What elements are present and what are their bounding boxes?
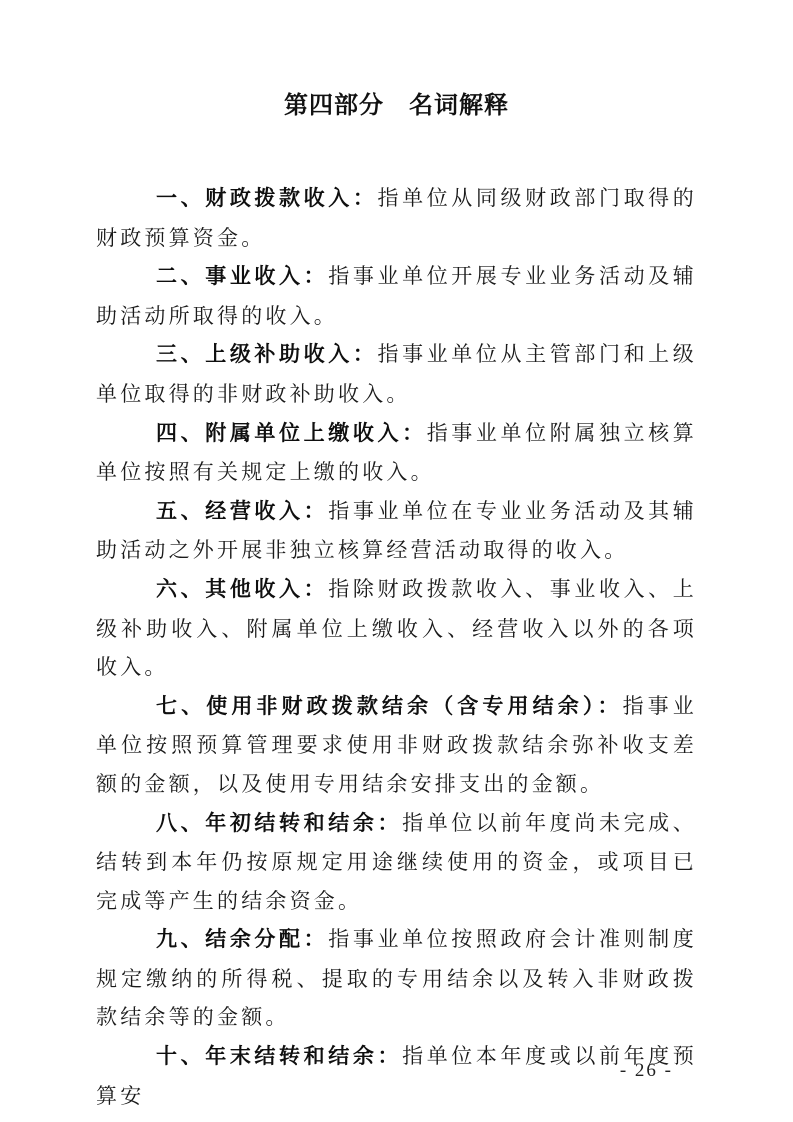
glossary-item-3: 三、上级补助收入：指事业单位从主管部门和上级单位取得的非财政补助收入。 <box>96 335 697 413</box>
glossary-item-7: 七、使用非财政拨款结余（含专用结余）：指事业单位按照预算管理要求使用非财政拨款结… <box>96 687 697 804</box>
glossary-term-1: 一、财政拨款收入： <box>156 187 377 210</box>
glossary-content: 一、财政拨款收入：指单位从同级财政部门取得的财政预算资金。 二、事业收入：指事业… <box>96 179 697 1115</box>
glossary-term-6: 六、其他收入： <box>156 578 328 601</box>
page-number: - 26 - <box>620 1060 673 1082</box>
glossary-item-8: 八、年初结转和结余：指单位以前年度尚未完成、结转到本年仍按原规定用途继续使用的资… <box>96 804 697 921</box>
glossary-term-3: 三、上级补助收入： <box>156 343 377 366</box>
glossary-term-9: 九、结余分配： <box>156 928 328 951</box>
glossary-item-1: 一、财政拨款收入：指单位从同级财政部门取得的财政预算资金。 <box>96 179 697 257</box>
document-page: 第四部分 名词解释 一、财政拨款收入：指单位从同级财政部门取得的财政预算资金。 … <box>0 0 793 1122</box>
glossary-term-10: 十、年末结转和结余： <box>156 1045 402 1068</box>
glossary-item-10: 十、年末结转和结余：指单位本年度或以前年度预算安 <box>96 1037 697 1115</box>
glossary-term-4: 四、附属单位上缴收入： <box>156 422 427 445</box>
glossary-item-9: 九、结余分配：指事业单位按照政府会计准则制度规定缴纳的所得税、提取的专用结余以及… <box>96 920 697 1037</box>
glossary-item-6: 六、其他收入：指除财政拨款收入、事业收入、上级补助收入、附属单位上缴收入、经营收… <box>96 570 697 687</box>
glossary-item-4: 四、附属单位上缴收入：指事业单位附属独立核算单位按照有关规定上缴的收入。 <box>96 414 697 492</box>
glossary-term-2: 二、事业收入： <box>156 265 328 288</box>
glossary-term-7: 七、使用非财政拨款结余（含专用结余）： <box>156 695 623 718</box>
glossary-item-5: 五、经营收入：指事业单位在专业业务活动及其辅助活动之外开展非独立核算经营活动取得… <box>96 492 697 570</box>
page-title: 第四部分 名词解释 <box>96 90 697 122</box>
glossary-term-5: 五、经营收入： <box>156 500 328 523</box>
glossary-term-8: 八、年初结转和结余： <box>156 812 402 835</box>
glossary-item-2: 二、事业收入：指事业单位开展专业业务活动及辅助活动所取得的收入。 <box>96 257 697 335</box>
